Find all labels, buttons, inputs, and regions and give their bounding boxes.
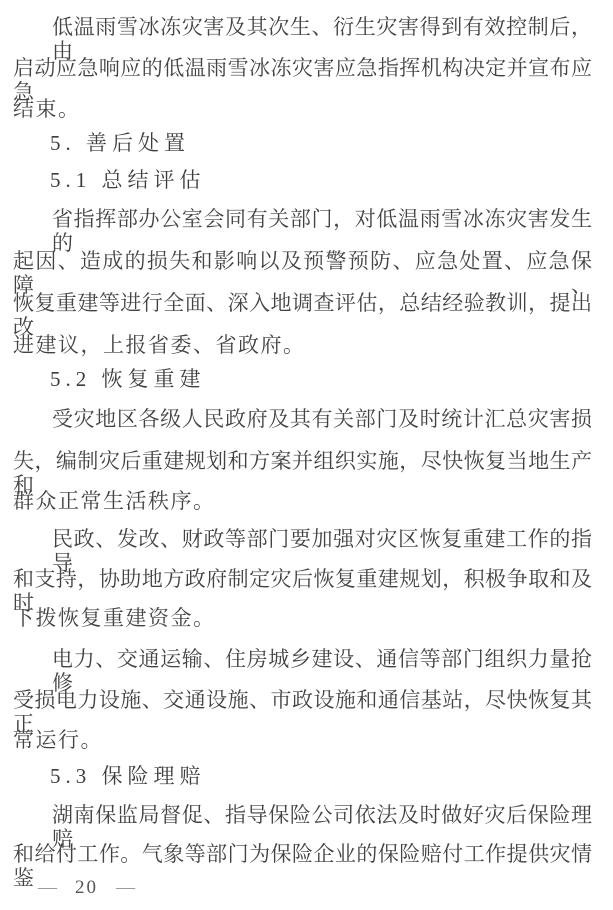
text-line: 民政、发改、财政等部门要加强对灾区恢复重建工作的指导 — [13, 527, 592, 551]
footer-dash-right: — — [116, 877, 135, 899]
page-footer: — 20 — — [38, 877, 135, 899]
text-line: 湖南保监局督促、指导保险公司依法及时做好灾后保险理赔 — [13, 803, 592, 827]
text-line: 起因、造成的损失和影响以及预警预防、应急处置、应急保障、 — [13, 249, 592, 273]
document-page: 低温雨雪冰冻灾害及其次生、衍生灾害得到有效控制后，由 启动应急响应的低温雨雪冰冻… — [0, 0, 613, 910]
footer-dash-left: — — [38, 877, 57, 899]
page-number: 20 — [75, 877, 98, 899]
text-line: 失，编制灾后重建规划和方案并组织实施，尽快恢复当地生产和 — [13, 449, 592, 473]
section-heading: 5.2 恢复重建 — [13, 367, 613, 391]
text-line: 和支持，协助地方政府制定灾后恢复重建规划，积极争取和及时 — [13, 567, 592, 591]
text-line: 低温雨雪冰冻灾害及其次生、衍生灾害得到有效控制后，由 — [13, 15, 592, 39]
section-heading: 5.1 总结评估 — [13, 168, 613, 192]
text-line: 进建议，上报省委、省政府。 — [13, 333, 592, 357]
text-line: 群众正常生活秩序。 — [13, 489, 592, 513]
text-line: 受损电力设施、交通设施、市政设施和通信基站，尽快恢复其正 — [13, 688, 592, 712]
text-line: 和给付工作。气象等部门为保险企业的保险赔付工作提供灾情鉴 — [13, 842, 592, 866]
text-line: 受灾地区各级人民政府及其有关部门及时统计汇总灾害损 — [13, 407, 592, 431]
text-line: 启动应急响应的低温雨雪冰冻灾害应急指挥机构决定并宣布应急 — [13, 56, 592, 80]
section-heading: 5. 善后处置 — [13, 131, 613, 155]
text-line: 电力、交通运输、住房城乡建设、通信等部门组织力量抢修 — [13, 647, 592, 671]
text-line: 常运行。 — [13, 728, 592, 752]
text-line: 省指挥部办公室会同有关部门，对低温雨雪冰冻灾害发生的 — [13, 207, 592, 231]
section-heading: 5.3 保险理赔 — [13, 764, 613, 788]
text-line: 恢复重建等进行全面、深入地调查评估，总结经验教训，提出改 — [13, 291, 592, 315]
text-line: 下拨恢复重建资金。 — [13, 606, 592, 630]
text-line: 结束。 — [13, 97, 592, 121]
